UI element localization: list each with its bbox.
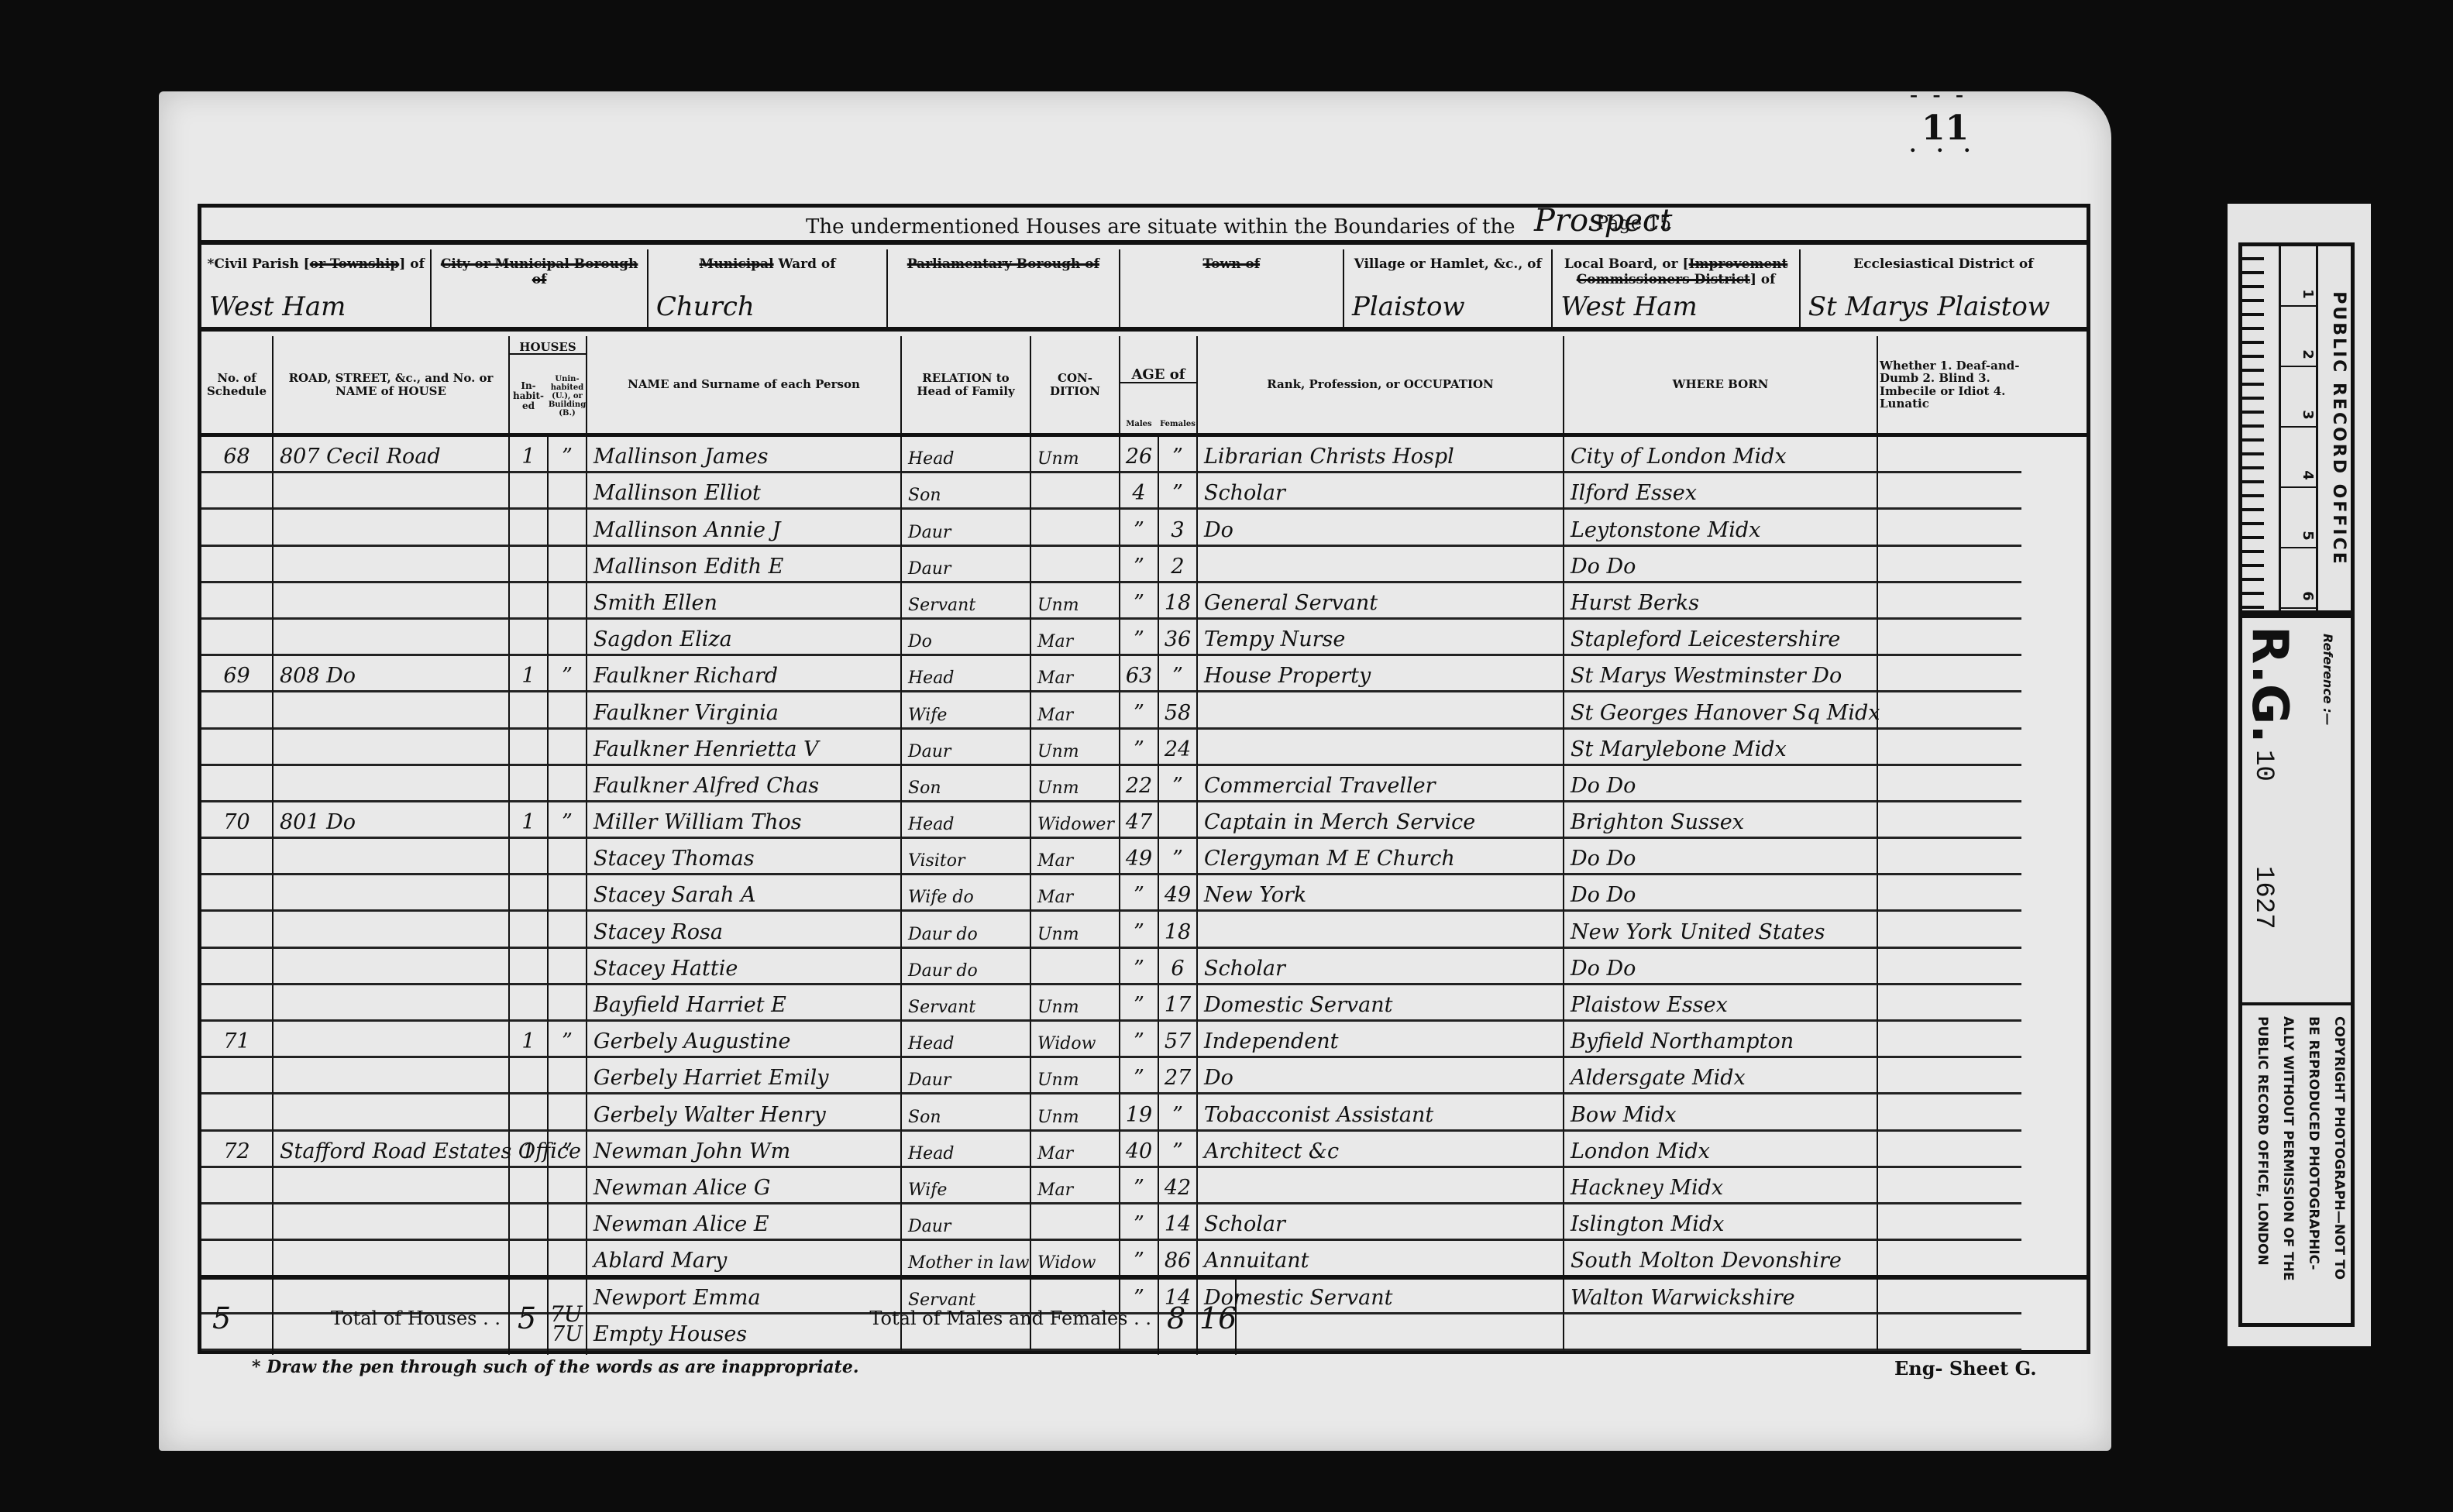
sheet-label: Eng- Sheet G.: [1894, 1357, 2037, 1380]
table-row: Ablard MaryMother in lawWidow”86Annuitan…: [201, 1241, 2087, 1277]
cell-infirmity: [1878, 949, 2021, 985]
cell-occupation: Annuitant: [1198, 1241, 1564, 1277]
cell-name: Smith Ellen: [587, 583, 902, 620]
cell-condition: Unm: [1031, 1058, 1120, 1094]
cell-inhabited: 1: [510, 802, 549, 839]
cell-relation: Daur: [902, 547, 1031, 583]
cell-male-age: ”: [1120, 547, 1159, 583]
cell-female-age: 6: [1159, 949, 1198, 985]
cell-schedule: [201, 583, 274, 620]
cell-inhabited: [510, 730, 549, 766]
cell-schedule: 72: [201, 1132, 274, 1168]
cell-occupation: General Servant: [1198, 583, 1564, 620]
table-row: Stacey Sarah AWife doMar”49New YorkDo Do: [201, 875, 2087, 912]
col-road: ROAD, STREET, &c., and No. or NAME of HO…: [274, 336, 510, 433]
cell-born: Do Do: [1564, 766, 1878, 802]
cell-uninhabited: [549, 692, 587, 729]
table-body: 68807 Cecil Road1”Mallinson JamesHeadUnm…: [201, 437, 2087, 1351]
cell-uninhabited: [549, 547, 587, 583]
cell-infirmity: [1878, 912, 2021, 948]
cell-born: City of London Midx: [1564, 437, 1878, 473]
cell-road: [274, 620, 510, 656]
total-inhabited: 5: [518, 1301, 536, 1335]
cell-relation: Head: [902, 437, 1031, 473]
cell-occupation: House Property: [1198, 656, 1564, 692]
area-value: Church: [656, 291, 755, 322]
cell-inhabited: [510, 510, 549, 546]
cell-schedule: [201, 1094, 274, 1131]
cell-uninhabited: [549, 730, 587, 766]
cell-uninhabited: [549, 766, 587, 802]
col-age: AGE of Males Females: [1120, 336, 1198, 433]
cell-inhabited: 1: [510, 1022, 549, 1058]
cell-male-age: ”: [1120, 912, 1159, 948]
col-occupation: Rank, Profession, or OCCUPATION: [1198, 336, 1564, 433]
banner-title: The undermentioned Houses are situate wi…: [806, 215, 1515, 239]
cell-road: [274, 583, 510, 620]
cell-schedule: [201, 1204, 274, 1241]
cell-name: Stacey Hattie: [587, 949, 902, 985]
cell-relation: Son: [902, 766, 1031, 802]
cell-uninhabited: [549, 1241, 587, 1277]
table-row: Stacey ThomasVisitorMar49”Clergyman M E …: [201, 839, 2087, 875]
table-row: Gerbely Harriet EmilyDaurUnm”27DoAldersg…: [201, 1058, 2087, 1094]
cell-road: [274, 730, 510, 766]
cell-occupation: Scholar: [1198, 473, 1564, 510]
cell-male-age: ”: [1120, 1241, 1159, 1277]
cell-born: Do Do: [1564, 949, 1878, 985]
cell-inhabited: 1: [510, 437, 549, 473]
cell-schedule: [201, 1058, 274, 1094]
area-label: Parliamentary Borough of: [888, 249, 1118, 273]
cell-name: Miller William Thos: [587, 802, 902, 839]
cell-road: [274, 985, 510, 1022]
total-males: 8: [1167, 1301, 1185, 1335]
cell-born: South Molton Devonshire: [1564, 1241, 1878, 1277]
cell-male-age: ”: [1120, 949, 1159, 985]
area-value: St Marys Plaistow: [1808, 291, 2050, 322]
cell-relation: Daur do: [902, 949, 1031, 985]
cell-condition: [1031, 1204, 1120, 1241]
cell-relation: Do: [902, 620, 1031, 656]
cell-female-age: ”: [1159, 437, 1198, 473]
cell-road: Stafford Road Estates Office: [274, 1132, 510, 1168]
cell-born: St Marys Westminster Do: [1564, 656, 1878, 692]
cell-male-age: 19: [1120, 1094, 1159, 1131]
cell-born: New York United States: [1564, 912, 1878, 948]
cell-schedule: 70: [201, 802, 274, 839]
cell-road: [274, 1204, 510, 1241]
cell-female-age: ”: [1159, 839, 1198, 875]
area-label: Ecclesiastical District of: [1801, 249, 2087, 273]
reference-series: R.G.: [2241, 626, 2298, 744]
cell-male-age: ”: [1120, 1022, 1159, 1058]
cell-inhabited: 1: [510, 1132, 549, 1168]
cell-occupation: Scholar: [1198, 949, 1564, 985]
household-table: No. of Schedule ROAD, STREET, &c., and N…: [201, 336, 2087, 1351]
cell-schedule: [201, 473, 274, 510]
cell-schedule: [201, 766, 274, 802]
cell-born: Do Do: [1564, 547, 1878, 583]
cell-inhabited: [510, 985, 549, 1022]
cell-inhabited: [510, 547, 549, 583]
col-name: NAME and Surname of each Person: [587, 336, 902, 433]
cell-condition: Mar: [1031, 656, 1120, 692]
table-row: 69808 Do1”Faulkner RichardHeadMar63”Hous…: [201, 656, 2087, 692]
cell-occupation: [1198, 1168, 1564, 1204]
cell-schedule: [201, 547, 274, 583]
cell-inhabited: [510, 875, 549, 912]
cell-female-age: 18: [1159, 912, 1198, 948]
cell-infirmity: [1878, 1132, 2021, 1168]
ruler-segment: 3: [2281, 367, 2316, 428]
totals-row: 5 Total of Houses . . 5 7U Total of Male…: [201, 1275, 2087, 1350]
table-row: 70801 Do1”Miller William ThosHeadWidower…: [201, 802, 2087, 839]
cell-road: [274, 912, 510, 948]
cell-name: Ablard Mary: [587, 1241, 902, 1277]
cell-road: 801 Do: [274, 802, 510, 839]
cell-female-age: 14: [1159, 1204, 1198, 1241]
cell-female-age: ”: [1159, 473, 1198, 510]
reference-box: Reference :— R.G. 10 1627 COPYRIGHT PHOT…: [2238, 614, 2355, 1327]
cell-male-age: ”: [1120, 1204, 1159, 1241]
reference-label: Reference :—: [2321, 634, 2335, 726]
scale-ruler: 123456 PUBLIC RECORD OFFICE: [2238, 242, 2355, 614]
table-row: Stacey HattieDaur do”6ScholarDo Do: [201, 949, 2087, 985]
cell-inhabited: [510, 1094, 549, 1131]
cell-relation: Servant: [902, 985, 1031, 1022]
cell-female-age: 27: [1159, 1058, 1198, 1094]
cell-road: [274, 473, 510, 510]
col-condition: CON-DITION: [1031, 336, 1120, 433]
cell-inhabited: [510, 1058, 549, 1094]
cell-occupation: [1198, 692, 1564, 729]
cell-schedule: [201, 510, 274, 546]
cell-relation: Daur do: [902, 912, 1031, 948]
col-males: Males: [1120, 420, 1158, 428]
area-label: City or Municipal Borough of: [432, 249, 646, 287]
cell-schedule: 68: [201, 437, 274, 473]
cell-male-age: ”: [1120, 1168, 1159, 1204]
census-form: The undermentioned Houses are situate wi…: [198, 204, 2090, 1354]
total-houses-label: Total of Houses . .: [331, 1308, 501, 1329]
cell-female-age: 36: [1159, 620, 1198, 656]
cell-occupation: Librarian Christs Hospl: [1198, 437, 1564, 473]
cell-name: Sagdon Eliza: [587, 620, 902, 656]
cell-inhabited: [510, 1168, 549, 1204]
cell-female-age: ”: [1159, 766, 1198, 802]
table-row: Newman Alice GWifeMar”42Hackney Midx: [201, 1168, 2087, 1204]
cell-occupation: Tempy Nurse: [1198, 620, 1564, 656]
cell-infirmity: [1878, 1241, 2021, 1277]
form-page-label: Page 15: [1596, 212, 1671, 234]
cell-relation: Wife do: [902, 875, 1031, 912]
cell-road: [274, 1168, 510, 1204]
cell-schedule: [201, 912, 274, 948]
cell-road: [274, 510, 510, 546]
cell-road: [274, 766, 510, 802]
table-row: Newman Alice EDaur”14ScholarIslington Mi…: [201, 1204, 2087, 1241]
cell-uninhabited: [549, 1094, 587, 1131]
cell-condition: [1031, 510, 1120, 546]
cell-uninhabited: ”: [549, 802, 587, 839]
cell-occupation: Domestic Servant: [1198, 985, 1564, 1022]
cell-infirmity: [1878, 985, 2021, 1022]
ruler-segment: 1: [2281, 246, 2316, 307]
cell-inhabited: [510, 839, 549, 875]
cell-relation: Wife: [902, 692, 1031, 729]
cell-uninhabited: [549, 912, 587, 948]
cell-female-age: ”: [1159, 1132, 1198, 1168]
col-females: Females: [1158, 420, 1197, 428]
cell-inhabited: [510, 583, 549, 620]
cell-condition: Unm: [1031, 437, 1120, 473]
cell-born: Do Do: [1564, 839, 1878, 875]
cell-male-age: 47: [1120, 802, 1159, 839]
table-row: Faulkner VirginiaWifeMar”58St Georges Ha…: [201, 692, 2087, 729]
cell-schedule: [201, 875, 274, 912]
cell-condition: Unm: [1031, 583, 1120, 620]
cell-female-age: 42: [1159, 1168, 1198, 1204]
cell-male-age: 26: [1120, 437, 1159, 473]
cell-condition: Unm: [1031, 730, 1120, 766]
cell-female-age: 2: [1159, 547, 1198, 583]
cell-relation: Daur: [902, 1204, 1031, 1241]
col-houses: HOUSES In-habit-ed Unin-habited (U.), or…: [510, 336, 587, 433]
cell-name: Faulkner Henrietta V: [587, 730, 902, 766]
cell-schedule: [201, 1168, 274, 1204]
cell-schedule: [201, 620, 274, 656]
area-label: Local Board, or [Improvement Commissione…: [1553, 249, 1798, 287]
area-label: *Civil Parish [or Township] of: [201, 249, 430, 273]
cell-condition: [1031, 547, 1120, 583]
col-relation: RELATION to Head of Family: [902, 336, 1031, 433]
cell-female-age: 18: [1159, 583, 1198, 620]
cell-relation: Daur: [902, 1058, 1031, 1094]
cell-female-age: ”: [1159, 1094, 1198, 1131]
cell-born: St Georges Hanover Sq Midx: [1564, 692, 1878, 729]
cell-uninhabited: [549, 985, 587, 1022]
table-row: Gerbely Walter HenrySonUnm19”Tobacconist…: [201, 1094, 2087, 1131]
cell-uninhabited: [549, 1204, 587, 1241]
cell-occupation: [1198, 730, 1564, 766]
area-box: Village or Hamlet, &c., ofPlaistow: [1344, 249, 1553, 327]
cell-condition: Mar: [1031, 692, 1120, 729]
cell-schedule: [201, 1241, 274, 1277]
cell-uninhabited: [549, 1168, 587, 1204]
cell-male-age: 63: [1120, 656, 1159, 692]
cell-male-age: 22: [1120, 766, 1159, 802]
cell-relation: Visitor: [902, 839, 1031, 875]
area-box: Parliamentary Borough of: [888, 249, 1120, 327]
administrative-areas: *Civil Parish [or Township] ofWest HamCi…: [201, 249, 2087, 332]
cell-name: Gerbely Augustine: [587, 1022, 902, 1058]
cell-infirmity: [1878, 620, 2021, 656]
cell-born: Bow Midx: [1564, 1094, 1878, 1131]
cell-infirmity: [1878, 1022, 2021, 1058]
cell-uninhabited: [549, 949, 587, 985]
cell-relation: Head: [902, 656, 1031, 692]
cell-male-age: ”: [1120, 510, 1159, 546]
cell-occupation: Architect &c: [1198, 1132, 1564, 1168]
cell-female-age: [1159, 802, 1198, 839]
cell-male-age: 4: [1120, 473, 1159, 510]
form-banner: The undermentioned Houses are situate wi…: [201, 208, 2087, 245]
page-marks-dots: . . .: [1910, 132, 1978, 158]
cell-road: [274, 547, 510, 583]
footnote: * Draw the pen through such of the words…: [252, 1357, 859, 1377]
col-schedule: No. of Schedule: [201, 336, 274, 433]
cell-name: Faulkner Richard: [587, 656, 902, 692]
reference-piece: 1627: [2248, 866, 2278, 930]
cell-name: Mallinson James: [587, 437, 902, 473]
cell-infirmity: [1878, 692, 2021, 729]
cell-name: Newman John Wm: [587, 1132, 902, 1168]
cell-name: Mallinson Edith E: [587, 547, 902, 583]
table-row: Mallinson ElliotSon4”ScholarIlford Essex: [201, 473, 2087, 510]
col-uninhabited: Unin-habited (U.), or Building (B.): [548, 375, 587, 418]
cell-occupation: New York: [1198, 875, 1564, 912]
cell-condition: Mar: [1031, 875, 1120, 912]
cell-infirmity: [1878, 839, 2021, 875]
area-box: Municipal Ward ofChurch: [649, 249, 888, 327]
table-row: Sagdon ElizaDoMar”36Tempy NurseStaplefor…: [201, 620, 2087, 656]
area-value: Plaistow: [1352, 291, 1465, 322]
cell-male-age: 49: [1120, 839, 1159, 875]
area-box: City or Municipal Borough of: [432, 249, 648, 327]
total-uninhabited: 7U: [550, 1301, 582, 1327]
cell-condition: Unm: [1031, 1094, 1120, 1131]
cell-condition: Widow: [1031, 1241, 1120, 1277]
cell-born: Plaistow Essex: [1564, 985, 1878, 1022]
cell-schedule: [201, 985, 274, 1022]
cell-condition: Mar: [1031, 1132, 1120, 1168]
col-inhabited: In-habit-ed: [509, 381, 548, 412]
area-label: Municipal Ward of: [649, 249, 886, 273]
table-row: 711”Gerbely AugustineHeadWidow”57Indepen…: [201, 1022, 2087, 1058]
area-box: Ecclesiastical District ofSt Marys Plais…: [1801, 249, 2087, 327]
table-row: Faulkner Henrietta VDaurUnm”24St Maryleb…: [201, 730, 2087, 766]
cell-occupation: Do: [1198, 510, 1564, 546]
cell-male-age: 40: [1120, 1132, 1159, 1168]
cell-name: Stacey Thomas: [587, 839, 902, 875]
table-row: 72Stafford Road Estates Office1”Newman J…: [201, 1132, 2087, 1168]
cell-uninhabited: [549, 875, 587, 912]
cell-name: Stacey Rosa: [587, 912, 902, 948]
cell-female-age: 24: [1159, 730, 1198, 766]
cell-male-age: ”: [1120, 875, 1159, 912]
cell-uninhabited: [549, 473, 587, 510]
cell-relation: Son: [902, 1094, 1031, 1131]
cell-female-age: 57: [1159, 1022, 1198, 1058]
cell-relation: Wife: [902, 1168, 1031, 1204]
cell-relation: Head: [902, 1132, 1031, 1168]
cell-occupation: [1198, 912, 1564, 948]
cell-condition: Mar: [1031, 620, 1120, 656]
cell-born: Leytonstone Midx: [1564, 510, 1878, 546]
table-row: Faulkner Alfred ChasSonUnm22”Commercial …: [201, 766, 2087, 802]
cell-relation: Daur: [902, 730, 1031, 766]
pro-title: PUBLIC RECORD OFFICE: [2329, 291, 2348, 566]
cell-born: Byfield Northampton: [1564, 1022, 1878, 1058]
cell-occupation: Clergyman M E Church: [1198, 839, 1564, 875]
cell-road: [274, 1058, 510, 1094]
cell-born: Do Do: [1564, 875, 1878, 912]
cell-condition: Unm: [1031, 985, 1120, 1022]
cell-schedule: [201, 949, 274, 985]
cell-born: Islington Midx: [1564, 1204, 1878, 1241]
ruler-ticks: [2242, 246, 2281, 610]
cell-uninhabited: ”: [549, 437, 587, 473]
ruler-segment: 6: [2281, 548, 2316, 609]
cell-uninhabited: ”: [549, 1022, 587, 1058]
cell-born: Stapleford Leicestershire: [1564, 620, 1878, 656]
col-infirmity: Whether 1. Deaf-and-Dumb 2. Blind 3. Imb…: [1878, 336, 2021, 433]
cell-occupation: Do: [1198, 1058, 1564, 1094]
cell-infirmity: [1878, 437, 2021, 473]
cell-inhabited: [510, 766, 549, 802]
cell-name: Mallinson Annie J: [587, 510, 902, 546]
cell-uninhabited: [549, 583, 587, 620]
cell-inhabited: [510, 912, 549, 948]
cell-female-age: 86: [1159, 1241, 1198, 1277]
cell-schedule: [201, 730, 274, 766]
cell-name: Gerbely Harriet Emily: [587, 1058, 902, 1094]
page-marks: - - -: [1910, 81, 1968, 108]
cell-road: [274, 692, 510, 729]
cell-name: Faulkner Alfred Chas: [587, 766, 902, 802]
cell-born: Aldersgate Midx: [1564, 1058, 1878, 1094]
copyright-notice: COPYRIGHT PHOTOGRAPH—NOT TO BE REPRODUCE…: [2242, 1005, 2351, 1323]
cell-inhabited: [510, 949, 549, 985]
cell-occupation: [1198, 547, 1564, 583]
cell-uninhabited: [549, 839, 587, 875]
total-females: 16: [1199, 1301, 1237, 1335]
cell-condition: Mar: [1031, 1168, 1120, 1204]
cell-schedule: [201, 692, 274, 729]
cell-condition: Mar: [1031, 839, 1120, 875]
cell-born: Brighton Sussex: [1564, 802, 1878, 839]
cell-road: 808 Do: [274, 656, 510, 692]
cell-female-age: 17: [1159, 985, 1198, 1022]
cell-name: Mallinson Elliot: [587, 473, 902, 510]
cell-occupation: Captain in Merch Service: [1198, 802, 1564, 839]
cell-inhabited: [510, 473, 549, 510]
cell-infirmity: [1878, 1204, 2021, 1241]
cell-female-age: 58: [1159, 692, 1198, 729]
total-schedules: 5: [212, 1301, 231, 1335]
cell-relation: Head: [902, 1022, 1031, 1058]
table-row: Mallinson Edith EDaur”2Do Do: [201, 547, 2087, 583]
cell-born: St Marylebone Midx: [1564, 730, 1878, 766]
cell-male-age: ”: [1120, 985, 1159, 1022]
area-box: Local Board, or [Improvement Commissione…: [1553, 249, 1800, 327]
cell-condition: Unm: [1031, 912, 1120, 948]
cell-inhabited: [510, 1204, 549, 1241]
cell-infirmity: [1878, 875, 2021, 912]
cell-condition: Widower: [1031, 802, 1120, 839]
ruler-segment: 4: [2281, 428, 2316, 488]
cell-infirmity: [1878, 1168, 2021, 1204]
cell-road: [274, 1022, 510, 1058]
cell-condition: [1031, 473, 1120, 510]
cell-condition: Widow: [1031, 1022, 1120, 1058]
cell-male-age: ”: [1120, 730, 1159, 766]
cell-female-age: 49: [1159, 875, 1198, 912]
cell-inhabited: 1: [510, 656, 549, 692]
area-box: Town of: [1120, 249, 1344, 327]
cell-road: [274, 875, 510, 912]
